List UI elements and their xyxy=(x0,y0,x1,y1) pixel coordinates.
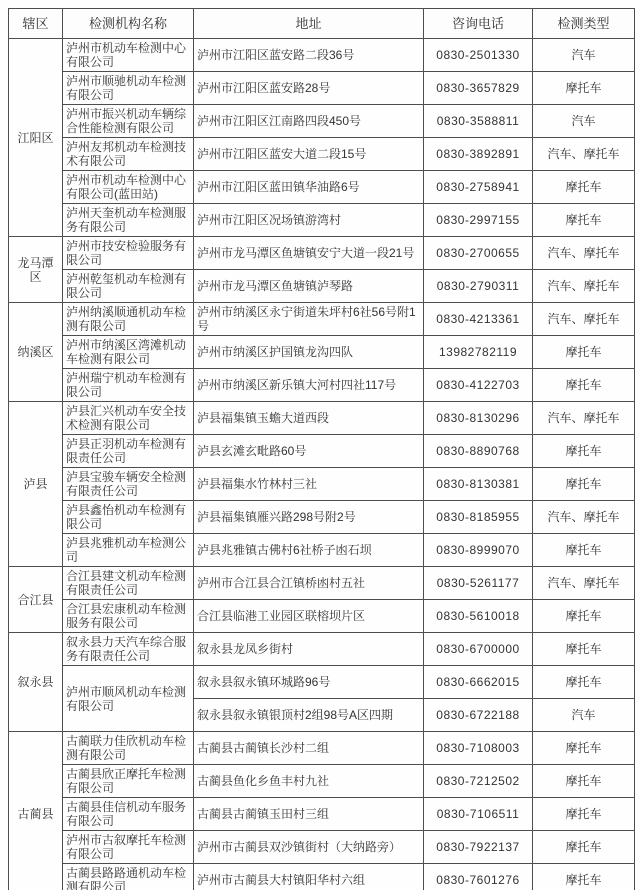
inspection-type-cell: 摩托车 xyxy=(533,72,635,105)
inspection-type-cell: 汽车、摩托车 xyxy=(533,303,635,336)
vehicle-inspection-agency-list-page: 辖区 检测机构名称 地址 咨询电话 检测类型 江阳区泸州市机动车检测中心有限公司… xyxy=(0,0,640,890)
address-cell: 泸州市江阳区江南路四段450号 xyxy=(194,105,424,138)
address-cell: 泸州市古蔺县大村镇阳华村六组 xyxy=(194,864,424,890)
district-cell: 叙永县 xyxy=(9,633,63,732)
table-row: 古蔺县路路通机动车检测有限公司泸州市古蔺县大村镇阳华村六组0830-760127… xyxy=(9,864,635,890)
inspection-type-cell: 摩托车 xyxy=(533,633,635,666)
inspection-type-cell: 摩托车 xyxy=(533,831,635,864)
address-cell: 泸州市纳溪区永宁街道朱坪村6社56号附1号 xyxy=(194,303,424,336)
agency-name-cell: 泸县宝骏车辆安全检测有限责任公司 xyxy=(63,468,194,501)
phone-cell: 0830-7922137 xyxy=(424,831,533,864)
table-row: 泸州市机动车检测中心有限公司(蓝田站)泸州市江阳区蓝田镇华油路6号0830-27… xyxy=(9,171,635,204)
agency-name-cell: 古蔺联力佳欣机动车检测有限公司 xyxy=(63,732,194,765)
address-cell: 泸县福集水竹林村三社 xyxy=(194,468,424,501)
agency-name-cell: 泸州乾玺机动车检测有限公司 xyxy=(63,270,194,303)
inspection-type-cell: 摩托车 xyxy=(533,666,635,699)
address-cell: 叙永县叙永镇银顶村2组98号A区四期 xyxy=(194,699,424,732)
agency-name-cell: 泸州友邦机动车检测技术有限公司 xyxy=(63,138,194,171)
phone-cell: 0830-2758941 xyxy=(424,171,533,204)
district-cell: 江阳区 xyxy=(9,39,63,237)
agency-name-cell: 泸县兆雅机动车检测公司 xyxy=(63,534,194,567)
address-cell: 泸州市江阳区蓝安路28号 xyxy=(194,72,424,105)
district-cell: 古蔺县 xyxy=(9,732,63,890)
agency-name-cell: 叙永县力天汽车综合服务有限责任公司 xyxy=(63,633,194,666)
inspection-type-cell: 汽车、摩托车 xyxy=(533,138,635,171)
table-row: 泸州市振兴机动车辆综合性能检测有限公司泸州市江阳区江南路四段450号0830-3… xyxy=(9,105,635,138)
table-row: 合江县宏康机动车检测服务有限公司合江县临港工业园区联榕坝片区0830-56100… xyxy=(9,600,635,633)
inspection-type-cell: 汽车、摩托车 xyxy=(533,270,635,303)
table-row: 古蔺县欣正摩托车检测有限公司古蔺县鱼化乡鱼丰村九社0830-7212502摩托车 xyxy=(9,765,635,798)
col-header-phone: 咨询电话 xyxy=(424,9,533,39)
phone-cell: 0830-7212502 xyxy=(424,765,533,798)
phone-cell: 0830-2501330 xyxy=(424,39,533,72)
phone-cell: 0830-6722188 xyxy=(424,699,533,732)
address-cell: 合江县临港工业园区联榕坝片区 xyxy=(194,600,424,633)
phone-cell: 0830-8130381 xyxy=(424,468,533,501)
address-cell: 泸州市江阳区蓝安路二段36号 xyxy=(194,39,424,72)
inspection-type-cell: 汽车 xyxy=(533,105,635,138)
col-header-address: 地址 xyxy=(194,9,424,39)
address-cell: 古蔺县古蔺镇玉田村三组 xyxy=(194,798,424,831)
inspection-type-cell: 汽车 xyxy=(533,39,635,72)
table-row: 泸州乾玺机动车检测有限公司泸州市龙马潭区鱼塘镇泸琴路0830-2790311汽车… xyxy=(9,270,635,303)
phone-cell: 0830-6700000 xyxy=(424,633,533,666)
table-row: 叙永县叙永县力天汽车综合服务有限责任公司叙永县龙凤乡街村0830-6700000… xyxy=(9,633,635,666)
agency-name-cell: 泸州市纳溪区湾滩机动车检测有限公司 xyxy=(63,336,194,369)
table-row: 泸州市顺驰机动车检测有限公司泸州市江阳区蓝安路28号0830-3657829摩托… xyxy=(9,72,635,105)
agency-name-cell: 泸县正羽机动车检测有限责任公司 xyxy=(63,435,194,468)
agency-name-cell: 泸州瑞宁机动车检测有限公司 xyxy=(63,369,194,402)
phone-cell: 13982782119 xyxy=(424,336,533,369)
phone-cell: 0830-2997155 xyxy=(424,204,533,237)
table-row: 泸县兆雅机动车检测公司泸县兆雅镇古佛村6社桥子凼石坝0830-8999070摩托… xyxy=(9,534,635,567)
district-cell: 合江县 xyxy=(9,567,63,633)
agency-name-cell: 泸州纳溪顺通机动车检测有限公司 xyxy=(63,303,194,336)
district-cell: 泸县 xyxy=(9,402,63,567)
inspection-type-cell: 汽车、摩托车 xyxy=(533,501,635,534)
inspection-type-cell: 摩托车 xyxy=(533,171,635,204)
phone-cell: 0830-8890768 xyxy=(424,435,533,468)
phone-cell: 0830-3892891 xyxy=(424,138,533,171)
table-row: 纳溪区泸州纳溪顺通机动车检测有限公司泸州市纳溪区永宁街道朱坪村6社56号附1号0… xyxy=(9,303,635,336)
phone-cell: 0830-4213361 xyxy=(424,303,533,336)
phone-cell: 0830-8130296 xyxy=(424,402,533,435)
inspection-type-cell: 摩托车 xyxy=(533,864,635,890)
inspection-type-cell: 摩托车 xyxy=(533,765,635,798)
table-row: 泸县正羽机动车检测有限责任公司泸县玄滩玄毗路60号0830-8890768摩托车 xyxy=(9,435,635,468)
phone-cell: 0830-2790311 xyxy=(424,270,533,303)
table-row: 合江县合江县建文机动车检测有限责任公司泸州市合江县合江镇桥凼村五社0830-52… xyxy=(9,567,635,600)
address-cell: 泸县福集镇玉蟾大道西段 xyxy=(194,402,424,435)
phone-cell: 0830-7601276 xyxy=(424,864,533,890)
phone-cell: 0830-7106511 xyxy=(424,798,533,831)
agency-name-cell: 泸州市技安检验服务有限公司 xyxy=(63,237,194,270)
table-row: 泸县鑫怡机动车检测有限公司泸县福集镇雁兴路298号附2号0830-8185955… xyxy=(9,501,635,534)
table-row: 泸州友邦机动车检测技术有限公司泸州市江阳区蓝安大道二段15号0830-38928… xyxy=(9,138,635,171)
address-cell: 泸州市江阳区况场镇游湾村 xyxy=(194,204,424,237)
table-body: 江阳区泸州市机动车检测中心有限公司泸州市江阳区蓝安路二段36号0830-2501… xyxy=(9,39,635,890)
inspection-type-cell: 摩托车 xyxy=(533,435,635,468)
agency-name-cell: 合江县宏康机动车检测服务有限公司 xyxy=(63,600,194,633)
address-cell: 叙永县叙永镇环城路96号 xyxy=(194,666,424,699)
phone-cell: 0830-2700655 xyxy=(424,237,533,270)
agency-name-cell: 泸州市顺驰机动车检测有限公司 xyxy=(63,72,194,105)
table-header-row: 辖区 检测机构名称 地址 咨询电话 检测类型 xyxy=(9,9,635,39)
inspection-type-cell: 摩托车 xyxy=(533,600,635,633)
inspection-type-cell: 摩托车 xyxy=(533,336,635,369)
address-cell: 泸县福集镇雁兴路298号附2号 xyxy=(194,501,424,534)
table-row: 龙马潭区泸州市技安检验服务有限公司泸州市龙马潭区鱼塘镇安宁大道一段21号0830… xyxy=(9,237,635,270)
address-cell: 泸县玄滩玄毗路60号 xyxy=(194,435,424,468)
phone-cell: 0830-8185955 xyxy=(424,501,533,534)
agency-name-cell: 古蔺县佳信机动车服务有限公司 xyxy=(63,798,194,831)
inspection-type-cell: 摩托车 xyxy=(533,204,635,237)
inspection-type-cell: 汽车、摩托车 xyxy=(533,567,635,600)
col-header-type: 检测类型 xyxy=(533,9,635,39)
inspection-type-cell: 摩托车 xyxy=(533,534,635,567)
agency-name-cell: 泸州市古叙摩托车检测有限公司 xyxy=(63,831,194,864)
agency-name-cell: 泸县汇兴机动车安全技术检测有限公司 xyxy=(63,402,194,435)
inspection-type-cell: 汽车、摩托车 xyxy=(533,402,635,435)
address-cell: 泸州市古蔺县双沙镇街村（大纳路旁） xyxy=(194,831,424,864)
inspection-type-cell: 摩托车 xyxy=(533,369,635,402)
address-cell: 泸州市江阳区蓝安大道二段15号 xyxy=(194,138,424,171)
table-row: 泸州瑞宁机动车检测有限公司泸州市纳溪区新乐镇大河村四社117号0830-4122… xyxy=(9,369,635,402)
table-row: 泸县泸县汇兴机动车安全技术检测有限公司泸县福集镇玉蟾大道西段0830-81302… xyxy=(9,402,635,435)
address-cell: 泸州市龙马潭区鱼塘镇泸琴路 xyxy=(194,270,424,303)
address-cell: 泸州市合江县合江镇桥凼村五社 xyxy=(194,567,424,600)
agency-name-cell: 泸县鑫怡机动车检测有限公司 xyxy=(63,501,194,534)
inspection-type-cell: 汽车 xyxy=(533,699,635,732)
table-row: 古蔺县古蔺联力佳欣机动车检测有限公司古蔺县古蔺镇长沙村二组0830-710800… xyxy=(9,732,635,765)
agency-name-cell: 古蔺县欣正摩托车检测有限公司 xyxy=(63,765,194,798)
agency-name-cell: 泸州市振兴机动车辆综合性能检测有限公司 xyxy=(63,105,194,138)
address-cell: 泸县兆雅镇古佛村6社桥子凼石坝 xyxy=(194,534,424,567)
address-cell: 泸州市纳溪区新乐镇大河村四社117号 xyxy=(194,369,424,402)
table-row: 泸州市纳溪区湾滩机动车检测有限公司泸州市纳溪区护国镇龙沟四队1398278211… xyxy=(9,336,635,369)
table-row: 泸县宝骏车辆安全检测有限责任公司泸县福集水竹林村三社0830-8130381摩托… xyxy=(9,468,635,501)
agency-name-cell: 古蔺县路路通机动车检测有限公司 xyxy=(63,864,194,890)
table-row: 泸州天奎机动车检测服务有限公司泸州市江阳区况场镇游湾村0830-2997155摩… xyxy=(9,204,635,237)
phone-cell: 0830-5261177 xyxy=(424,567,533,600)
agency-name-cell: 泸州市机动车检测中心有限公司(蓝田站) xyxy=(63,171,194,204)
phone-cell: 0830-5610018 xyxy=(424,600,533,633)
address-cell: 叙永县龙凤乡街村 xyxy=(194,633,424,666)
phone-cell: 0830-4122703 xyxy=(424,369,533,402)
table-row: 古蔺县佳信机动车服务有限公司古蔺县古蔺镇玉田村三组0830-7106511摩托车 xyxy=(9,798,635,831)
district-cell: 龙马潭区 xyxy=(9,237,63,303)
phone-cell: 0830-6662015 xyxy=(424,666,533,699)
phone-cell: 0830-3588811 xyxy=(424,105,533,138)
col-header-district: 辖区 xyxy=(9,9,63,39)
phone-cell: 0830-7108003 xyxy=(424,732,533,765)
col-header-agency: 检测机构名称 xyxy=(63,9,194,39)
agency-name-cell: 泸州天奎机动车检测服务有限公司 xyxy=(63,204,194,237)
table-row: 江阳区泸州市机动车检测中心有限公司泸州市江阳区蓝安路二段36号0830-2501… xyxy=(9,39,635,72)
inspection-agency-table: 辖区 检测机构名称 地址 咨询电话 检测类型 江阳区泸州市机动车检测中心有限公司… xyxy=(8,8,635,890)
agency-name-cell: 泸州市顺风机动车检测有限公司 xyxy=(63,666,194,732)
agency-name-cell: 泸州市机动车检测中心有限公司 xyxy=(63,39,194,72)
address-cell: 古蔺县古蔺镇长沙村二组 xyxy=(194,732,424,765)
district-cell: 纳溪区 xyxy=(9,303,63,402)
address-cell: 古蔺县鱼化乡鱼丰村九社 xyxy=(194,765,424,798)
phone-cell: 0830-8999070 xyxy=(424,534,533,567)
address-cell: 泸州市纳溪区护国镇龙沟四队 xyxy=(194,336,424,369)
inspection-type-cell: 摩托车 xyxy=(533,732,635,765)
inspection-type-cell: 摩托车 xyxy=(533,468,635,501)
table-row: 泸州市古叙摩托车检测有限公司泸州市古蔺县双沙镇街村（大纳路旁）0830-7922… xyxy=(9,831,635,864)
address-cell: 泸州市江阳区蓝田镇华油路6号 xyxy=(194,171,424,204)
table-row: 泸州市顺风机动车检测有限公司叙永县叙永镇环城路96号0830-6662015摩托… xyxy=(9,666,635,699)
inspection-type-cell: 汽车、摩托车 xyxy=(533,237,635,270)
phone-cell: 0830-3657829 xyxy=(424,72,533,105)
address-cell: 泸州市龙马潭区鱼塘镇安宁大道一段21号 xyxy=(194,237,424,270)
agency-name-cell: 合江县建文机动车检测有限责任公司 xyxy=(63,567,194,600)
inspection-type-cell: 摩托车 xyxy=(533,798,635,831)
